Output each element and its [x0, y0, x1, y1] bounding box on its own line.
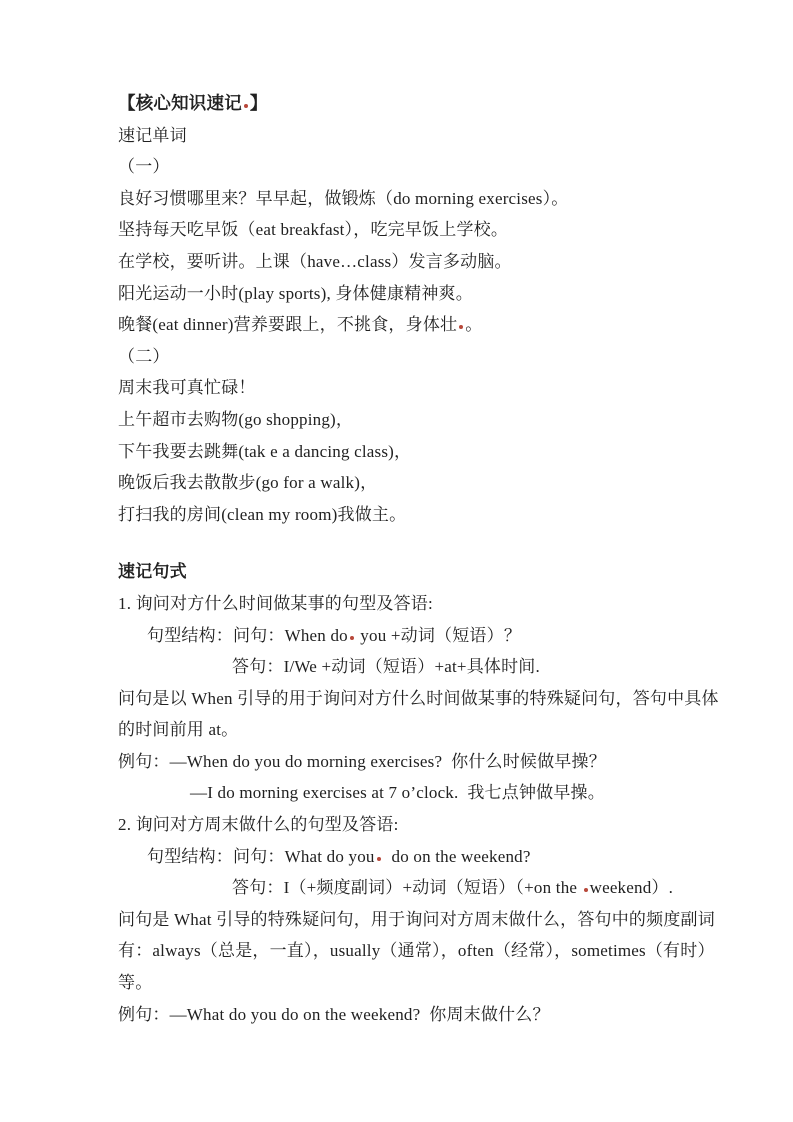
red-mark [584, 888, 588, 892]
doc-line: 阳光运动一小时(play sports), 身体健康精神爽。 [118, 278, 758, 310]
doc-line: 周末我可真忙碌！ [118, 372, 758, 404]
document-content: 【核心知识速记】 速记单词 （一） 良好习惯哪里来？早早起，做锻炼（do mor… [118, 88, 758, 1030]
doc-text: 。 [465, 315, 482, 334]
doc-text: 答句：I（+频度副词）+动词（短语）（+on the [232, 878, 582, 897]
item1-answer: 答句：I/We +动词（短语）+at+具体时间. [118, 651, 758, 683]
doc-text: 晚餐(eat dinner)营养要跟上，不挑食，身体壮 [118, 315, 457, 334]
document-page: 【核心知识速记】 速记单词 （一） 良好习惯哪里来？早早起，做锻炼（do mor… [0, 0, 793, 1122]
doc-line: 在学校，要听讲。上课（have…class）发言多动脑。 [118, 246, 758, 278]
page-title-text: 【核心知识速记 [118, 93, 242, 113]
item2-note: 问句是 What 引导的特殊疑问句，用于询问对方周末做什么，答句中的频度副词 [118, 904, 758, 936]
doc-text: you +动词（短语）？ [356, 626, 521, 645]
heading-word-memorization: 速记单词 [118, 120, 758, 152]
doc-line: 上午超市去购物(go shopping)， [118, 404, 758, 436]
heading-sentence-patterns: 速记句式 [118, 556, 758, 588]
doc-text: 句型结构：问句：When do [147, 626, 348, 645]
doc-text: do on the weekend? [383, 847, 531, 866]
item2-note: 等。 [118, 967, 758, 999]
item1-note: 的时间前用 at。 [118, 714, 758, 746]
doc-line: 晚餐(eat dinner)营养要跟上，不挑食，身体壮。 [118, 309, 758, 341]
item1-note: 问句是以 When 引导的用于询问对方什么时间做某事的特殊疑问句，答句中具体 [118, 683, 758, 715]
red-mark [459, 325, 463, 329]
doc-line: 良好习惯哪里来？早早起，做锻炼（do morning exercises）。 [118, 183, 758, 215]
doc-text: 句型结构：问句：What do you [147, 847, 375, 866]
part1-label: （一） [118, 151, 758, 183]
red-mark [350, 636, 354, 640]
item2-title: 2. 询问对方周末做什么的句型及答语: [118, 809, 758, 841]
item1-title: 1. 询问对方什么时间做某事的句型及答语: [118, 588, 758, 620]
item1-example-question: 例句：—When do you do morning exercises? 你什… [118, 746, 758, 778]
item2-answer: 答句：I（+频度副词）+动词（短语）（+on the weekend）. [118, 872, 758, 904]
doc-text: weekend）. [590, 878, 673, 897]
doc-line: 坚持每天吃早饭（eat breakfast），吃完早饭上学校。 [118, 214, 758, 246]
doc-line: 下午我要去跳舞(tak e a dancing class)， [118, 436, 758, 468]
item2-example-question: 例句：—What do you do on the weekend? 你周末做什… [118, 999, 758, 1031]
red-mark [377, 857, 381, 861]
item1-structure: 句型结构：问句：When do you +动词（短语）？ [118, 620, 758, 652]
doc-line: 晚饭后我去散散步(go for a walk)， [118, 467, 758, 499]
part2-label: （二） [118, 341, 758, 373]
page-title: 【核心知识速记】 [118, 88, 758, 120]
item2-structure: 句型结构：问句：What do you do on the weekend? [118, 841, 758, 873]
red-mark [244, 104, 248, 108]
item1-example-answer: —I do morning exercises at 7 o’clock. 我七… [118, 777, 758, 809]
page-title-bracket: 】 [250, 93, 268, 113]
item2-note: 有：always（总是，一直），usually（通常），often（经常），so… [118, 935, 758, 967]
doc-line: 打扫我的房间(clean my room)我做主。 [118, 499, 758, 531]
